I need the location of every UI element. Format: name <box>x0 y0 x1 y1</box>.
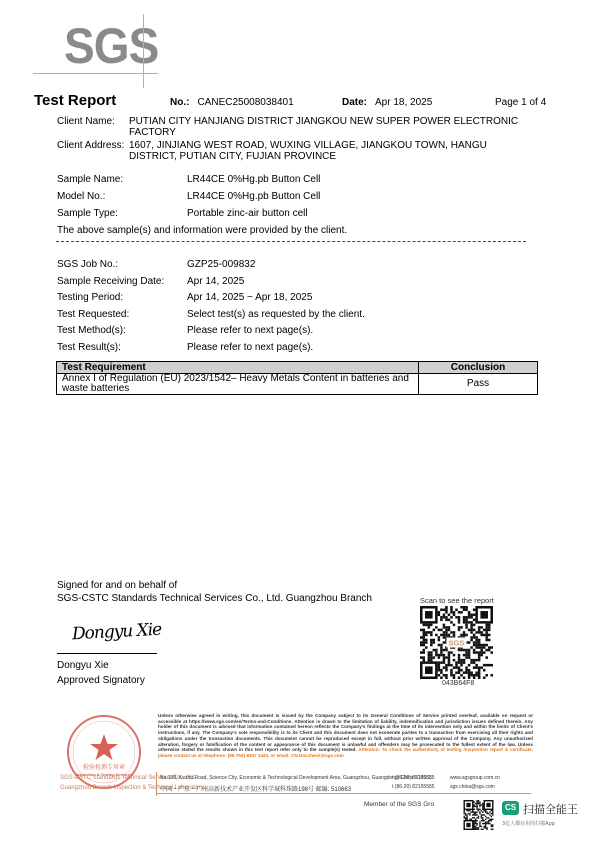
conclusion-cell: Pass <box>419 374 538 395</box>
legal-disclaimer: Unless otherwise agreed in writing, this… <box>158 713 533 759</box>
report-date: Date:Apr 18, 2025 <box>342 97 432 108</box>
camscanner-tagline: 3亿人都在用的扫描App <box>502 820 555 827</box>
report-title: Test Report <box>34 92 116 109</box>
camscanner-name: 扫描全能王 <box>523 801 578 817</box>
stamp-cn-text: 检验检测专用章 <box>83 763 125 771</box>
job-field-value: Apr 14, 2025 <box>187 276 244 287</box>
requirement-cell: Annex I of Regulation (EU) 2023/1542– He… <box>57 374 419 395</box>
signer-name: Dongyu Xie <box>57 658 145 673</box>
sample-note: The above sample(s) and information were… <box>57 225 347 236</box>
client-address-line1: 1607, JINJIANG WEST ROAD, WUXING VILLAGE… <box>129 140 487 151</box>
report-number: No.:CANEC25008038401 <box>170 97 294 108</box>
signed-company: SGS-CSTC Standards Technical Services Co… <box>57 592 372 605</box>
sample-field-label: Model No.: <box>57 191 105 202</box>
logo-horizontal-rule <box>33 73 158 74</box>
table-row: Annex I of Regulation (EU) 2023/1542– He… <box>57 374 538 395</box>
logo-vertical-rule <box>143 14 144 88</box>
client-address-value: 1607, JINJIANG WEST ROAD, WUXING VILLAGE… <box>129 140 487 162</box>
website-link[interactable]: www.sgsgroup.com.cn <box>450 775 500 781</box>
job-field-label: Test Method(s): <box>57 325 126 336</box>
header-conclusion: Conclusion <box>419 362 538 374</box>
sample-field-value: Portable zinc-air button cell <box>187 208 308 219</box>
handwritten-signature: Dongyu Xie <box>72 620 162 645</box>
camscanner-qr-code[interactable] <box>462 800 495 830</box>
table-header-row: Test Requirement Conclusion <box>57 362 538 374</box>
signer-title: Approved Signatory <box>57 673 145 688</box>
job-field-label: Testing Period: <box>57 292 123 303</box>
report-number-value: CANEC25008038401 <box>197 97 293 108</box>
address-cn: 中国・广东・广州高新技术产业开发区科学城科珠路198号 邮编: 510663 <box>160 784 351 793</box>
job-field-label: SGS Job No.: <box>57 259 118 270</box>
job-field-value: Select test(s) as requested by the clien… <box>187 309 365 320</box>
signature-line <box>57 653 157 654</box>
sgs-group-member: Member of the SGS Gro <box>364 801 434 808</box>
signer-info: Dongyu Xie Approved Signatory <box>57 658 145 688</box>
sample-field-value: LR44CE 0%Hg.pb Button Cell <box>187 174 320 185</box>
signed-line1: Signed for and on behalf of <box>57 579 372 592</box>
qr-code-id: 043B64F8 <box>442 680 474 687</box>
header-test-requirement: Test Requirement <box>57 362 419 374</box>
client-name-label: Client Name: <box>57 116 115 127</box>
sample-field-value: LR44CE 0%Hg.pb Button Cell <box>187 191 320 202</box>
client-address-line2: DISTRICT, PUTIAN CITY, FUJIAN PROVINCE <box>129 151 487 162</box>
job-field-label: Test Requested: <box>57 309 129 320</box>
client-name-value: PUTIAN CITY HANJIANG DISTRICT JIANGKOU N… <box>129 116 518 138</box>
signed-on-behalf: Signed for and on behalf of SGS-CSTC Sta… <box>57 579 372 605</box>
report-qr-code[interactable]: SGS <box>420 606 493 679</box>
client-name-line2: FACTORY <box>129 127 518 138</box>
dashed-divider <box>56 241 526 242</box>
client-address-label: Client Address: <box>57 140 124 151</box>
report-date-value: Apr 18, 2025 <box>375 97 432 108</box>
sample-field-label: Sample Name: <box>57 174 123 185</box>
test-requirement-table: Test Requirement Conclusion Annex I of R… <box>56 361 538 395</box>
report-date-label: Date: <box>342 97 367 108</box>
job-field-value: Please refer to next page(s). <box>187 325 313 336</box>
sgs-logo-text: SGS <box>64 20 158 72</box>
sgs-logo: SGS <box>30 14 160 80</box>
job-field-value: Please refer to next page(s). <box>187 342 313 353</box>
page-indicator: Page 1 of 4 <box>495 97 546 108</box>
requirement-line2: waste batteries <box>62 384 413 394</box>
telephone-2: t (86-20) 82155555 <box>392 784 435 790</box>
client-name-line1: PUTIAN CITY HANJIANG DISTRICT JIANGKOU N… <box>129 116 518 127</box>
qr-caption: Scan to see the report <box>420 596 494 605</box>
address-en: No.198, Kezhu Road, Science City, Econom… <box>160 775 432 781</box>
svg-text:SGS: SGS <box>449 639 465 648</box>
email-link[interactable]: sgs.china@sgs.com <box>450 784 495 790</box>
job-field-value: Apr 14, 2025 ~ Apr 18, 2025 <box>187 292 312 303</box>
job-field-value: GZP25-009832 <box>187 259 255 270</box>
telephone-1: t (86-20) 82155555 <box>392 775 435 781</box>
star-icon <box>90 734 118 760</box>
job-field-label: Test Result(s): <box>57 342 121 353</box>
camscanner-logo-icon: CS <box>502 801 519 815</box>
report-number-label: No.: <box>170 97 189 108</box>
footer-horizontal-rule <box>156 793 531 794</box>
sample-field-label: Sample Type: <box>57 208 118 219</box>
job-field-label: Sample Receiving Date: <box>57 276 164 287</box>
